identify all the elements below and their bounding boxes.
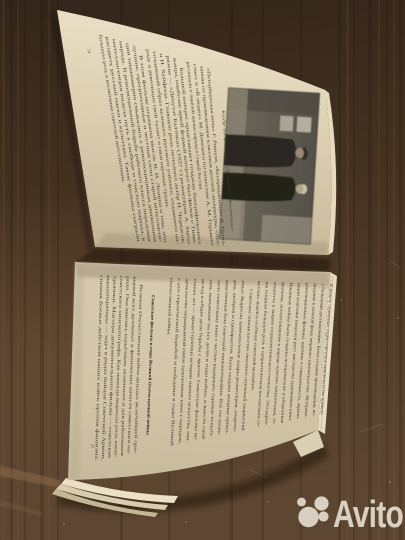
book-photo-scene: Кадр из фильма «Депутат Балтики» 24 «Пет… <box>0 0 405 540</box>
avito-wordmark: Avito <box>333 494 403 536</box>
photo-window-pane <box>297 117 312 133</box>
photo-light-patch <box>261 215 313 245</box>
listing-photo: Кадр из фильма «Депутат Балтики» 24 «Пет… <box>0 0 405 540</box>
photo-window-pane <box>280 116 294 132</box>
lower-page-text-block-bottom: Великая Отечественная война явилась вели… <box>94 275 144 461</box>
